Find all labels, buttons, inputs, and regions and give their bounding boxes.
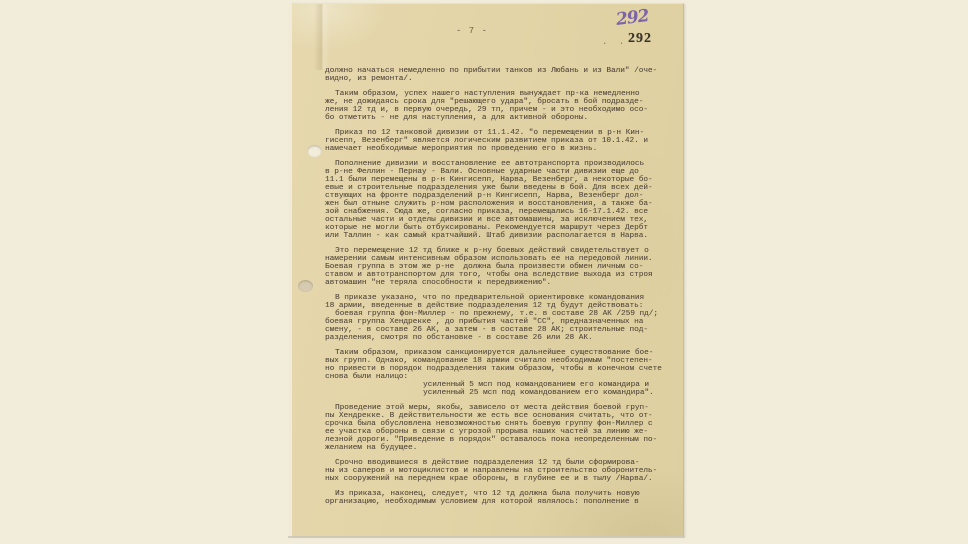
- paragraph: В приказе указано, что по предварительно…: [325, 294, 677, 310]
- stamp-dots: . .: [602, 37, 627, 47]
- paper-crease: [314, 4, 330, 70]
- punch-hole-bottom: [298, 280, 313, 292]
- handwritten-folio-number: 292: [615, 6, 650, 30]
- paragraph: Приказ по 12 танковой дивизии от 11.1.42…: [325, 129, 677, 153]
- paragraph: Пополнение дивизии и восстановление ее а…: [325, 160, 677, 240]
- paragraph-inset: усиленный 5 мсп под командованием его ко…: [325, 381, 677, 397]
- paragraph: Это перемещение 12 тд ближе к р-ну боевы…: [325, 247, 677, 287]
- document-page: - 7 - 292 . . 292 должно начаться немедл…: [290, 3, 684, 536]
- paragraph: Из приказа, наконец, следует, что 12 тд …: [325, 490, 677, 506]
- stamped-folio-number: 292: [628, 31, 652, 47]
- punch-hole-top: [307, 145, 322, 157]
- paragraph: Таким образом, приказом санкционируется …: [325, 349, 677, 381]
- paper-bottom-shadow: [288, 536, 685, 538]
- paragraph: должно начаться немедленно по прибытии т…: [325, 67, 677, 83]
- paragraph: боевая группа фон-Миллер - по прежнему, …: [325, 310, 677, 342]
- typewritten-text: должно начаться немедленно по прибытии т…: [325, 67, 677, 513]
- paragraph: Срочно вводившиеся в действие подразделе…: [325, 459, 677, 483]
- paragraph: Таким образом, успех нашего наступления …: [325, 90, 677, 122]
- document-scan: { "page": { "page_number": "- 7 -", "han…: [0, 0, 968, 544]
- page-number: - 7 -: [440, 26, 504, 36]
- paragraph: Проведение этой меры, якобы, зависело от…: [325, 404, 677, 452]
